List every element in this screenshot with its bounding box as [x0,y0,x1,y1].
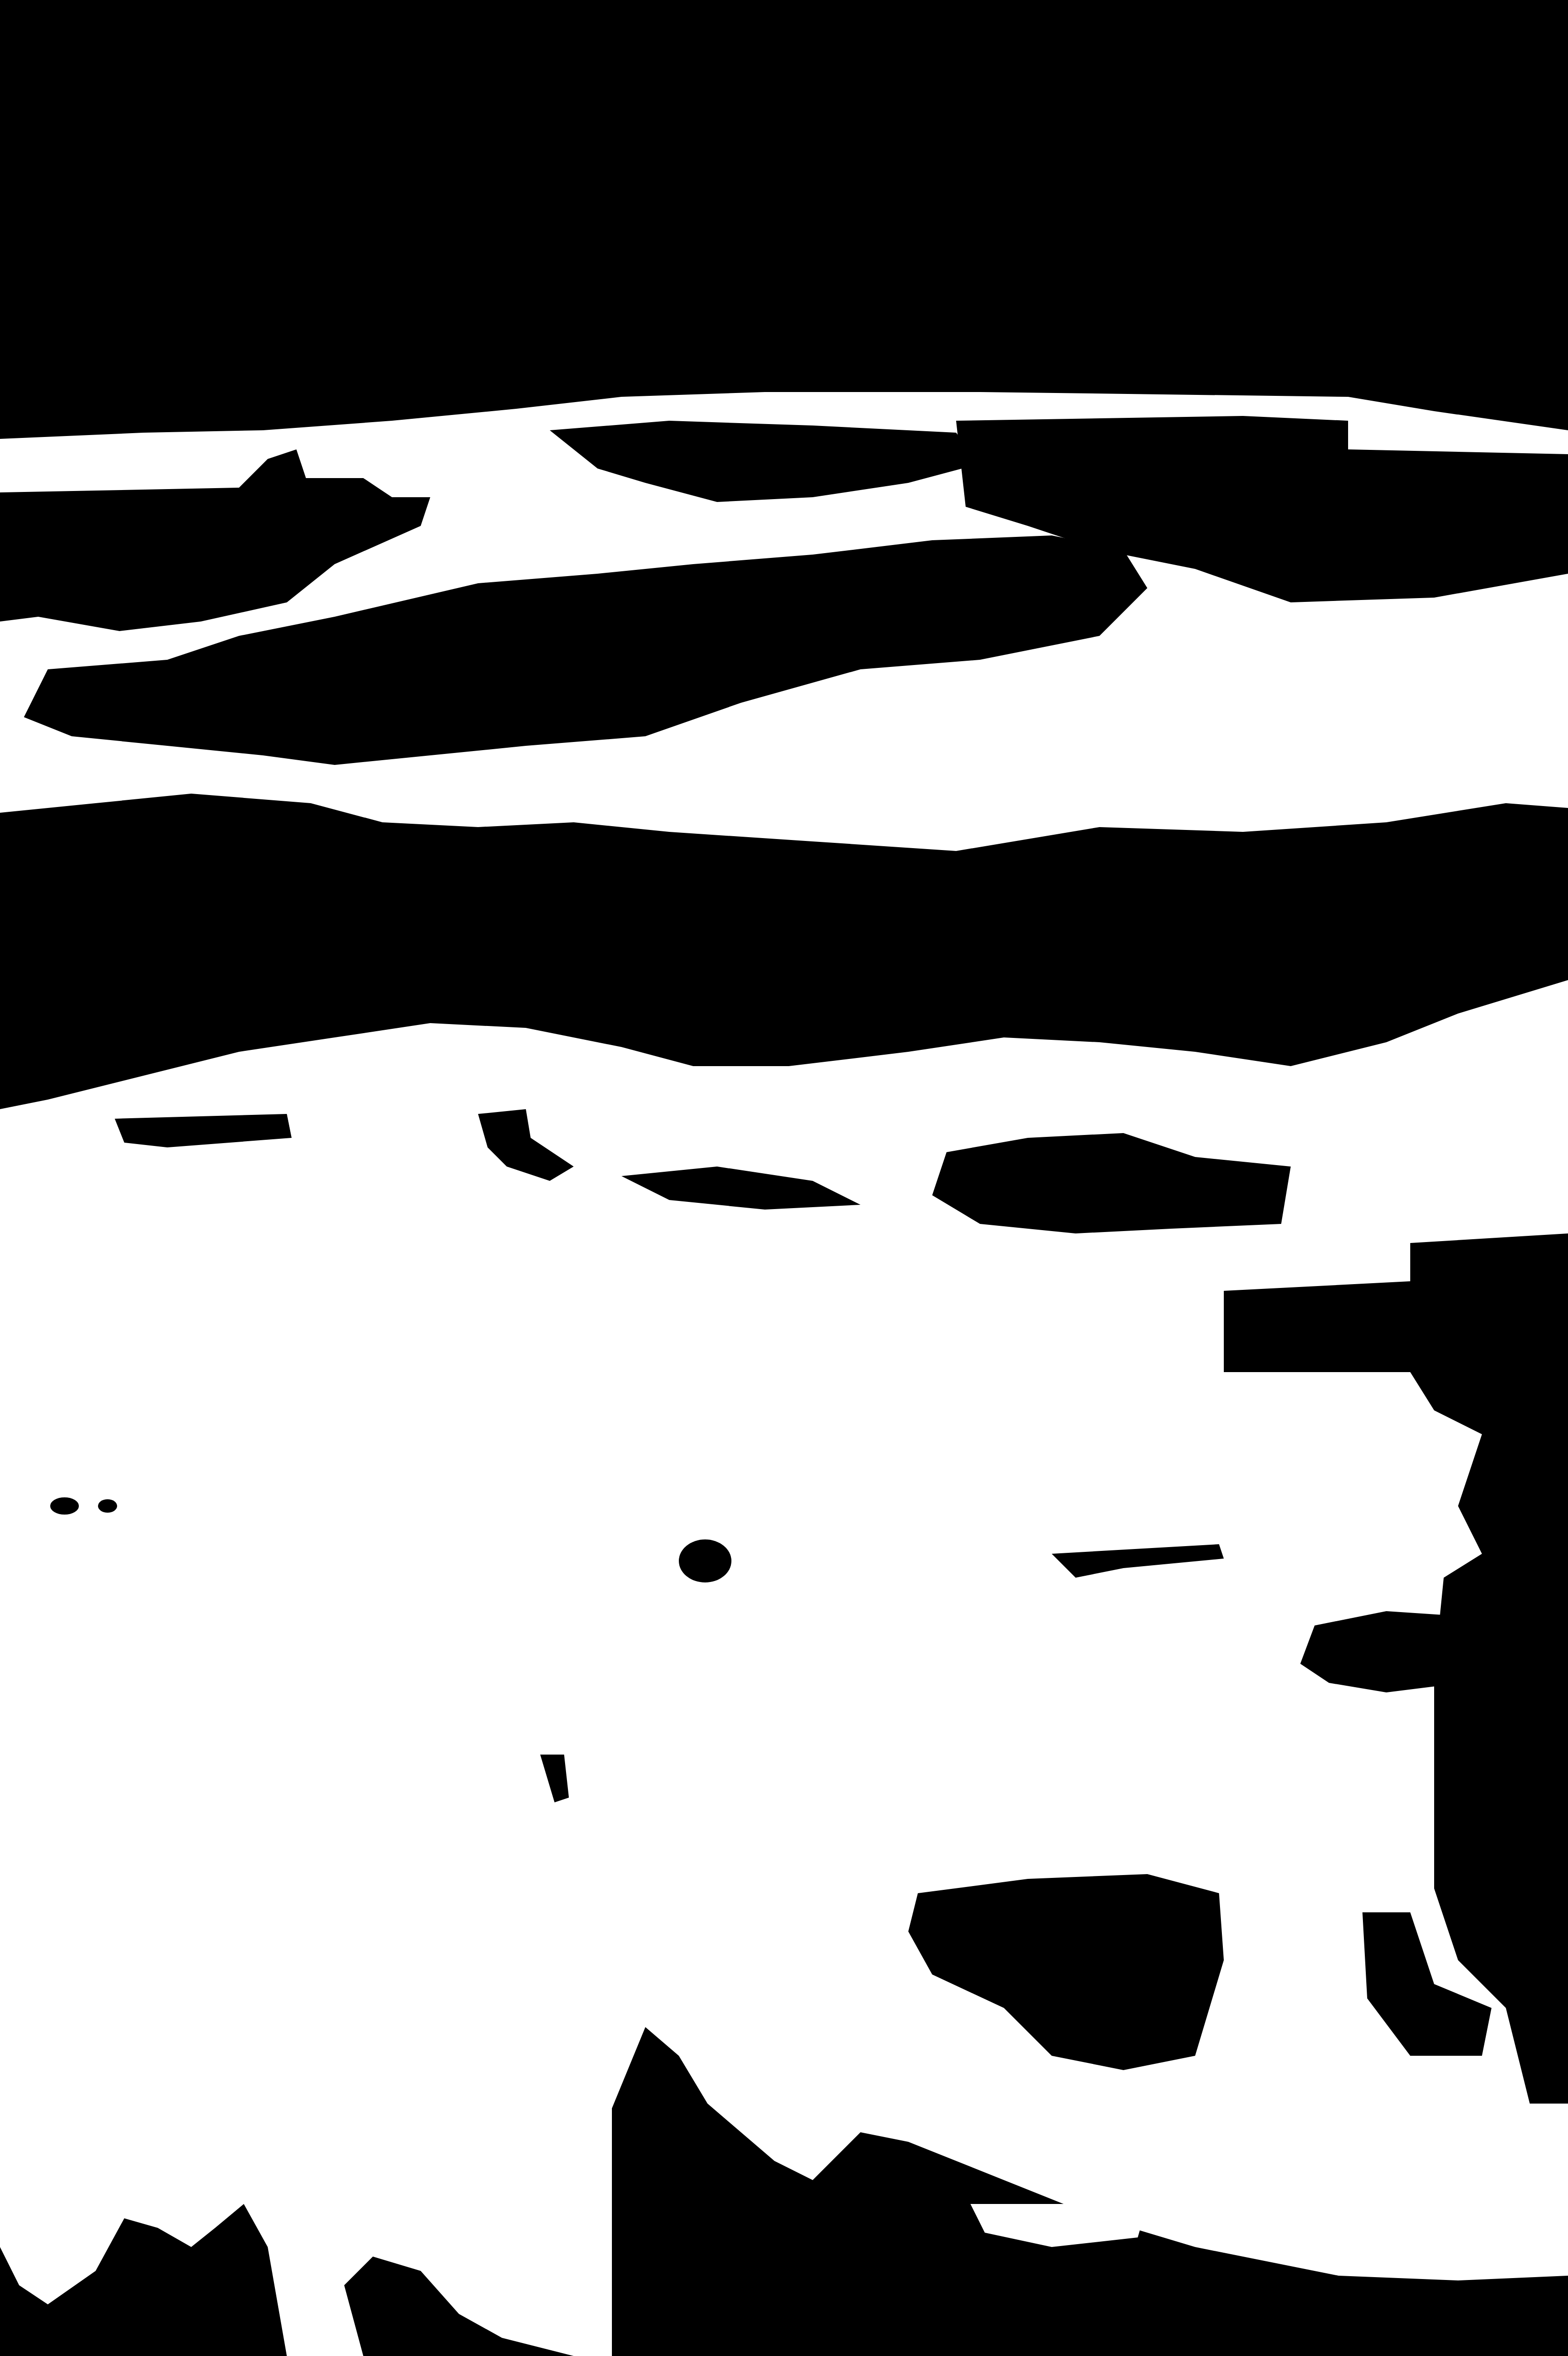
dark-sky [0,0,1568,439]
dark-speck [98,1499,117,1513]
thresholded-landscape-image [0,0,1568,2356]
dark-speck [50,1497,79,1515]
dark-speck [679,1539,731,1582]
